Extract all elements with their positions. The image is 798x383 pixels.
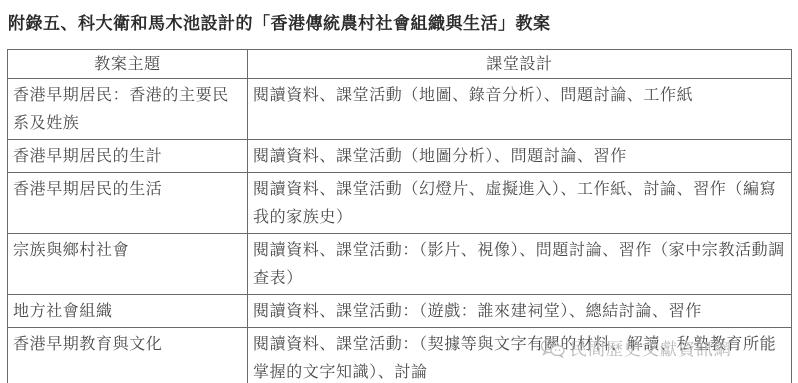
table-row: 香港早期居民的生活 閱讀資料、課堂活動（幻燈片、虛擬進入）、工作紙、討論、習作（…	[8, 173, 792, 234]
wechat-icon	[540, 338, 566, 358]
cell-design: 閱讀資料、課堂活動（幻燈片、虛擬進入）、工作紙、討論、習作（編寫我的家族史）	[248, 173, 792, 234]
table-header-row: 教案主題 課堂設計	[8, 50, 792, 79]
cell-topic: 香港早期居民的生計	[8, 140, 248, 173]
watermark-text: 民間歷史文獻資訊網	[570, 335, 732, 360]
cell-design: 閱讀資料、課堂活動：（遊戲：誰來建祠堂）、總結討論、習作	[248, 295, 792, 328]
cell-design: 閱讀資料、課堂活動：（影片、視像）、問題討論、習作（家中宗教活動調查表）	[248, 234, 792, 295]
header-design: 課堂設計	[248, 50, 792, 79]
cell-topic: 香港早期居民：香港的主要民系及姓族	[8, 79, 248, 140]
cell-design: 閱讀資料、課堂活動（地圖、錄音分析）、問題討論、工作紙	[248, 79, 792, 140]
table-row: 香港早期居民：香港的主要民系及姓族 閱讀資料、課堂活動（地圖、錄音分析）、問題討…	[8, 79, 792, 140]
table-row: 宗族與鄉村社會 閱讀資料、課堂活動：（影片、視像）、問題討論、習作（家中宗教活動…	[8, 234, 792, 295]
lesson-plan-table: 教案主題 課堂設計 香港早期居民：香港的主要民系及姓族 閱讀資料、課堂活動（地圖…	[7, 49, 792, 383]
cell-topic: 地方社會組織	[8, 295, 248, 328]
cell-topic: 香港早期居民的生活	[8, 173, 248, 234]
cell-design: 閱讀資料、課堂活動（地圖分析）、問題討論、習作	[248, 140, 792, 173]
cell-topic: 宗族與鄉村社會	[8, 234, 248, 295]
cell-topic: 香港早期教育與文化	[8, 328, 248, 383]
table-row: 地方社會組織 閱讀資料、課堂活動：（遊戲：誰來建祠堂）、總結討論、習作	[8, 295, 792, 328]
table-row: 香港早期居民的生計 閱讀資料、課堂活動（地圖分析）、問題討論、習作	[8, 140, 792, 173]
watermark: 民間歷史文獻資訊網	[540, 335, 732, 360]
document-title: 附錄五、科大衛和馬木池設計的「香港傳統農村社會組織與生活」教案	[8, 12, 551, 36]
header-topic: 教案主題	[8, 50, 248, 79]
